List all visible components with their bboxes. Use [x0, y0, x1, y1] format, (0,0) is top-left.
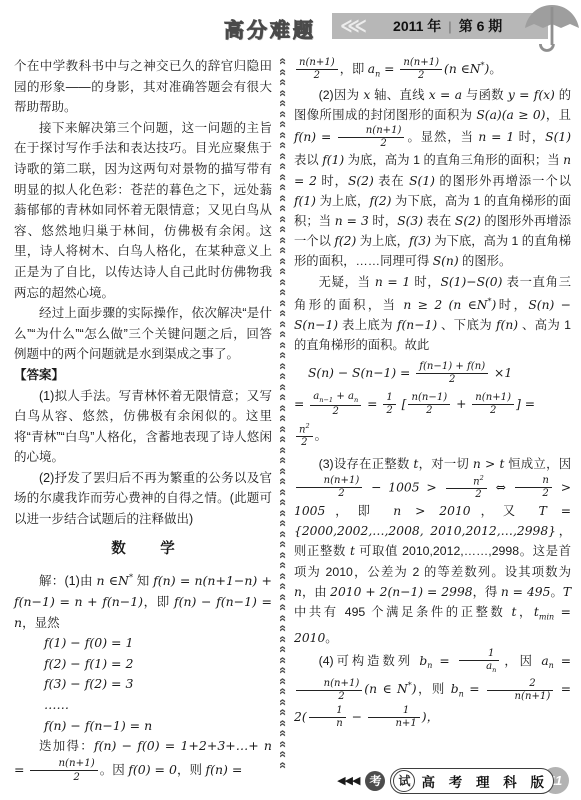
back-arrows-icon: ◀◀◀	[337, 774, 359, 787]
equation-line: f(1) − f(0) = 1	[44, 633, 272, 654]
paragraph: (3)设存在正整数 t，对一切 n > t 恒成立，因 n(n+1)2 − 10…	[294, 454, 571, 648]
display-equation: = an−1 + an2 = 12 [n(n−1)2 + n(n+1)2] =	[294, 391, 571, 418]
shi-badge: 试	[393, 770, 415, 792]
equation-line: f(2) − f(1) = 2	[44, 654, 272, 675]
solution-intro: 解：(1)由 n ∈N* 知 f(n) = n(n+1−n) + f(n−1) …	[14, 567, 272, 633]
paragraph: (1)拟人手法。写青林怀着无限情意；又写白鸟从容、悠然，仿佛极有余闲似的。这里将…	[14, 386, 272, 468]
paragraph: 接下来解决第三个问题，这一问题的主旨在于探讨写作手法和表达技巧。目光应聚焦于诗歌…	[14, 118, 272, 303]
equation-line: f(n) − f(n−1) = n	[44, 716, 272, 737]
issue-separator: |	[448, 19, 451, 34]
display-equation: n22。	[294, 423, 571, 450]
paragraph: 迭加得：f(n) − f(0) = 1+2+3+…+ n = n(n+1)2。因…	[14, 736, 272, 784]
umbrella-icon	[524, 2, 580, 56]
kao-badge: 考	[365, 771, 385, 791]
paragraph: (2)抒发了罢归后不再为繁重的公务以及官场的尔虞我诈而劳心费神的自得之情。(此题…	[14, 468, 272, 530]
section-heading-math: 数 学	[14, 539, 272, 560]
chevrons-icon: ⋘	[340, 15, 365, 38]
right-column: n(n+1)2，即 an = n(n+1)2(n ∈N*)。 (2)因为 x 轴…	[294, 56, 571, 784]
edition-box: 试 高 考 理 科 版	[390, 768, 554, 794]
paragraph: 个在中学教科书中与之神交已久的辞官归隐田园的形象——的身影，其对准确答题会有很大…	[14, 56, 272, 118]
page-footer: ◀◀◀ 考 试 高 考 理 科 版 11	[337, 767, 569, 794]
paragraph: n(n+1)2，即 an = n(n+1)2(n ∈N*)。	[294, 56, 571, 85]
column-divider: ««««««««««««««««««««««««««««««««««««««««…	[272, 56, 294, 772]
answer-label: 【答案】	[14, 365, 272, 386]
header-bar: ⋘ 2011 年 | 第 6 期	[332, 13, 548, 39]
page-header: 高分难题 ⋘ 2011 年 | 第 6 期	[0, 0, 581, 50]
paragraph: 无疑，当 n = 1 时，S(1)−S(0) 表一直角三角形的面积，当 n ≥ …	[294, 272, 571, 356]
issue-year: 2011 年	[393, 16, 441, 36]
issue-number: 第 6 期	[459, 16, 503, 36]
paragraph: (2)因为 x 轴、直线 x = a 与函数 y = f(x) 的图像所围成的封…	[294, 85, 571, 272]
magazine-page: 高分难题 ⋘ 2011 年 | 第 6 期 个在中学教科书中与之神交已久的辞官归…	[0, 0, 581, 800]
paragraph: (4)可构造数列 bn = 1an，因 an = n(n+1)2(n ∈ N*)…	[294, 648, 571, 730]
equation-line: f(3) − f(2) = 3	[44, 674, 272, 695]
page-title: 高分难题	[224, 14, 316, 43]
edition-label: 高 考 理 科 版	[421, 771, 549, 791]
paragraph: 经过上面步骤的实际操作，依次解决“是什么”“为什么”“怎么做”三个关键问题之后，…	[14, 303, 272, 365]
page-body: 个在中学教科书中与之神交已久的辞官归隐田园的形象——的身影，其对准确答题会有很大…	[0, 50, 581, 784]
display-equation: S(n) − S(n−1) = f(n−1) + f(n)2 ×1	[308, 361, 571, 386]
equation-line: ……	[44, 695, 272, 716]
left-column: 个在中学教科书中与之神交已久的辞官归隐田园的形象——的身影，其对准确答题会有很大…	[14, 56, 272, 784]
